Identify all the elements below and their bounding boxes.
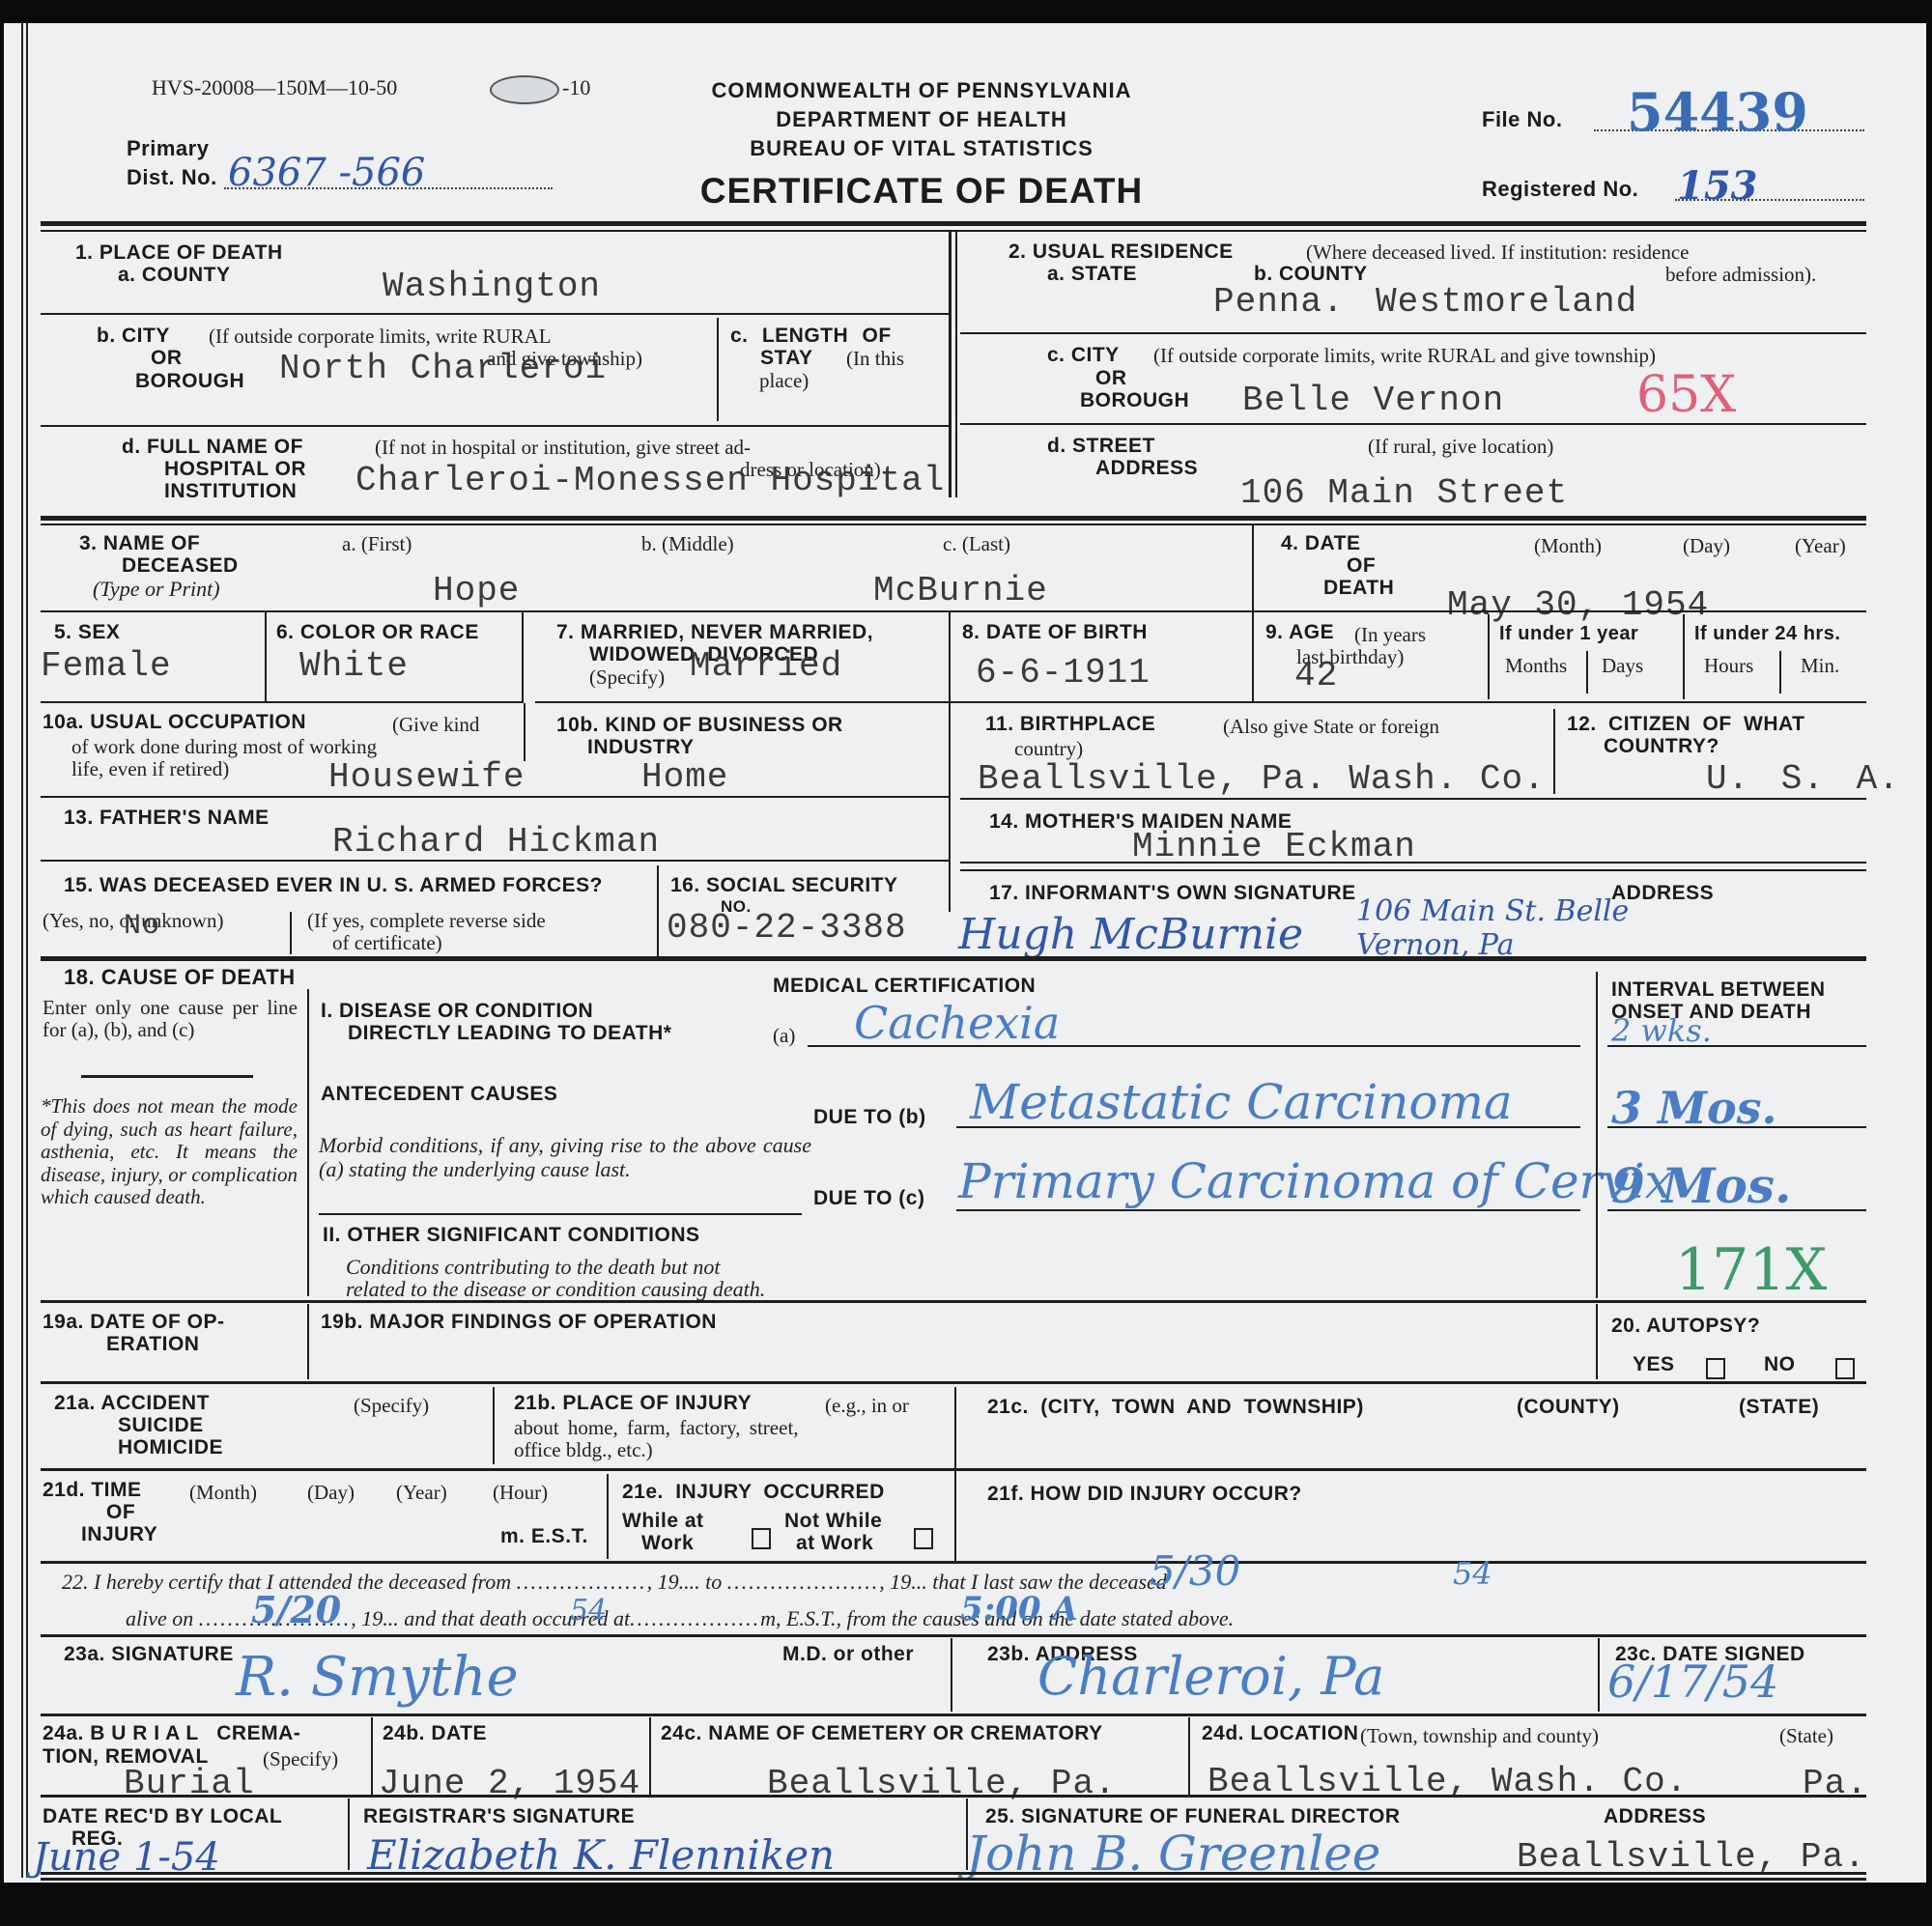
stay-note: (In this <box>846 348 904 370</box>
first-name-value: Hope <box>433 571 520 610</box>
city-label: b. CITY <box>97 326 170 348</box>
alive-on-value: 5/20 <box>251 1588 341 1631</box>
divider <box>41 221 1866 226</box>
file-no-value: 54439 <box>1627 81 1808 143</box>
age-label: 9. AGE <box>1265 622 1334 644</box>
days-label: Days <box>1602 655 1643 677</box>
age-value: 42 <box>1294 656 1338 695</box>
union-label-icon <box>490 75 559 104</box>
md-label: M.D. or other <box>782 1644 914 1666</box>
birthplace-note: (Also give State or foreign <box>1223 716 1439 738</box>
divider <box>371 1717 373 1795</box>
dod-label2: OF <box>1347 555 1376 578</box>
divider <box>960 332 1866 334</box>
due-b-label: DUE TO (b) <box>813 1107 926 1129</box>
divider <box>41 1878 1866 1881</box>
residence-note2: before admission). <box>1665 264 1816 286</box>
divider <box>41 1872 1866 1875</box>
injury-d-label3: INJURY <box>81 1524 157 1546</box>
certify-text-alive: alive on <box>126 1606 193 1630</box>
injury-c-county: (COUNTY) <box>1517 1397 1620 1419</box>
burial-label: 24a. B U R I A L CREMA- <box>43 1723 300 1745</box>
divider <box>949 612 951 912</box>
under-24-label: If under 24 hrs. <box>1694 624 1840 645</box>
dod-year-label: (Year) <box>1795 535 1846 557</box>
marital-label: 7. MARRIED, NEVER MARRIED, <box>556 622 873 644</box>
other-conditions-note: Conditions contributing to the death but… <box>346 1256 720 1280</box>
location-note: (Town, township and county) <box>1360 1725 1599 1747</box>
findings-label: 19b. MAJOR FINDINGS OF OPERATION <box>321 1312 717 1334</box>
county-label: a. COUNTY <box>118 265 231 287</box>
name-label: 3. NAME OF <box>79 533 200 555</box>
alive-on-year: 54 <box>570 1594 607 1628</box>
dod-label: 4. DATE <box>1281 533 1360 555</box>
injury-a-label3: HOMICIDE <box>118 1437 223 1459</box>
divider <box>41 1795 1866 1798</box>
hours-label: Hours <box>1704 655 1753 677</box>
divider <box>41 1714 1866 1716</box>
certify-text-d: , 19 <box>879 1570 911 1594</box>
stay-note2: place) <box>759 370 809 392</box>
res-county-value: Westmoreland <box>1376 282 1637 322</box>
divider <box>265 612 267 701</box>
place-of-death-label: 1. PLACE OF DEATH <box>75 242 283 265</box>
divider <box>951 1638 952 1712</box>
divider <box>41 860 949 862</box>
burial-state-label: (State) <box>1779 1725 1833 1747</box>
divider <box>41 230 1866 232</box>
operation-date-label: 19a. DATE OF OP- <box>43 1312 224 1334</box>
father-value: Richard Hickman <box>332 822 660 862</box>
divider <box>522 612 524 701</box>
divider <box>41 1634 1866 1637</box>
divider <box>41 1381 1866 1384</box>
race-label: 6. COLOR OR RACE <box>276 622 479 644</box>
interval-c-value: 9 Mos. <box>1611 1157 1791 1214</box>
divider <box>41 1300 1866 1303</box>
or-label: OR <box>151 348 183 370</box>
armed-forces-note2: (If yes, complete reverse side <box>307 910 546 932</box>
registered-no-label: Registered No. <box>1482 178 1638 201</box>
injury-a-label: 21a. ACCIDENT <box>54 1393 210 1415</box>
armed-forces-label: 15. WAS DECEASED EVER IN U. S. ARMED FOR… <box>64 875 603 897</box>
divider <box>1586 651 1588 694</box>
divider <box>81 1075 253 1078</box>
divider <box>1596 1304 1598 1379</box>
divider <box>1553 709 1555 794</box>
res-city-note: (If outside corporate limits, write RURA… <box>1153 345 1656 367</box>
name-label3: (Type or Print) <box>93 578 220 602</box>
dist-no-value: 6367 -566 <box>228 151 425 195</box>
marital-value: Married <box>690 646 842 686</box>
certify-text-c: to <box>705 1570 722 1594</box>
injury-d-day: (Day) <box>307 1482 355 1504</box>
disease-label: I. DISEASE OR CONDITION <box>321 1001 593 1023</box>
burial-date-label: 24b. DATE <box>383 1723 487 1745</box>
not-while-at-work-checkbox[interactable] <box>914 1528 933 1549</box>
last-name-value: McBurnie <box>873 571 1048 610</box>
certify-text-b: , 19 <box>647 1570 679 1594</box>
divider <box>1598 1638 1600 1712</box>
birthplace-label: 11. BIRTHPLACE <box>985 714 1155 736</box>
medical-cert-label: MEDICAL CERTIFICATION <box>773 976 1036 998</box>
cause-instruction: Enter only one cause per line for (a), (… <box>43 997 298 1040</box>
registrar-sig-label: REGISTRAR'S SIGNATURE <box>363 1806 635 1828</box>
street-value: 106 Main Street <box>1240 473 1568 513</box>
burial-specify: (Specify) <box>263 1748 338 1770</box>
registered-no-value: 153 <box>1677 163 1758 209</box>
cause-a-label: (a) <box>773 1025 795 1047</box>
divider <box>1683 614 1685 699</box>
interval-label: INTERVAL BETWEEN <box>1611 979 1826 1002</box>
injury-d-month: (Month) <box>189 1482 257 1504</box>
res-borough-label: BOROUGH <box>1080 390 1189 412</box>
cause-b-value: Metastatic Carcinoma <box>970 1074 1513 1130</box>
injury-e-not-while: Not While <box>784 1511 882 1533</box>
marital-specify: (Specify) <box>589 666 665 689</box>
funeral-address-value: Beallsville, Pa. <box>1517 1837 1866 1877</box>
ss-value: 080-22-3388 <box>667 908 907 948</box>
green-code-mark: 171X <box>1675 1236 1827 1304</box>
divider <box>1779 651 1781 694</box>
res-city-label: c. CITY <box>1047 345 1120 367</box>
injury-c-label: 21c. (CITY, TOWN AND TOWNSHIP) <box>987 1397 1364 1419</box>
mother-value: Minnie Eckman <box>1132 827 1416 866</box>
injury-f-label: 21f. HOW DID INJURY OCCUR? <box>987 1484 1302 1506</box>
disease-label2: DIRECTLY LEADING TO DEATH* <box>348 1023 671 1045</box>
injury-a-specify: (Specify) <box>354 1395 429 1417</box>
death-county-value: Washington <box>383 267 601 306</box>
injury-d-year: (Year) <box>396 1482 447 1504</box>
injury-b-note3: office bldg., etc.) <box>514 1439 653 1461</box>
autopsy-no-label: NO <box>1764 1354 1796 1376</box>
injury-b-note2: about home, farm, factory, street, <box>514 1417 799 1439</box>
occupation-note3: life, even if retired) <box>71 758 229 780</box>
divider <box>41 516 1866 521</box>
injury-e-label: 21e. INJURY OCCURRED <box>622 1482 885 1504</box>
date-signed-value: 6/17/54 <box>1607 1656 1778 1708</box>
informant-address-value: 106 Main St. Belle Vernon, Pa <box>1356 894 1723 962</box>
res-or-label: OR <box>1095 368 1127 390</box>
citizen-label2: COUNTRY? <box>1604 736 1719 758</box>
father-label: 13. FATHER'S NAME <box>64 807 270 830</box>
divider <box>649 1717 651 1795</box>
injury-e-at-work: at Work <box>796 1533 873 1555</box>
citizen-label: 12. CITIZEN OF WHAT <box>1567 714 1804 736</box>
divider <box>524 703 526 761</box>
armed-forces-value: No <box>124 910 160 943</box>
dist-no-label: Dist. No. <box>127 166 217 189</box>
primary-label: Primary <box>127 137 209 160</box>
cause-c-value: Primary Carcinoma of Cervix <box>958 1153 1672 1209</box>
divider <box>348 1799 350 1870</box>
name-label2: DECEASED <box>122 555 239 578</box>
city-note: (If outside corporate limits, write RURA… <box>209 326 552 348</box>
business-label: 10b. KIND OF BUSINESS OR <box>556 715 843 737</box>
interval-a-value: 2 wks. <box>1611 1012 1712 1049</box>
injury-d-label2: OF <box>106 1502 135 1524</box>
autopsy-yes-checkbox[interactable] <box>1706 1358 1725 1379</box>
divider <box>1252 612 1254 701</box>
divider <box>960 423 1866 425</box>
armed-forces-note3: of certificate) <box>332 932 442 954</box>
res-city-value: Belle Vernon <box>1242 381 1504 420</box>
residence-note: (Where deceased lived. If institution: r… <box>1306 241 1690 264</box>
death-city-value: North Charleroi <box>279 349 607 388</box>
divider <box>290 912 292 954</box>
autopsy-no-checkbox[interactable] <box>1835 1358 1855 1379</box>
stay-label: c. LENGTH OF <box>730 326 892 348</box>
dod-label3: DEATH <box>1323 578 1394 600</box>
while-at-work-checkbox[interactable] <box>752 1528 771 1549</box>
stay-label2: STAY <box>760 348 813 370</box>
cause-a-value: Cachexia <box>854 997 1060 1049</box>
sex-label: 5. SEX <box>54 622 120 644</box>
attended-to-value: 5/30 <box>1150 1547 1240 1595</box>
business-label2: INDUSTRY <box>587 737 695 759</box>
institution-label: d. FULL NAME OF <box>122 437 303 459</box>
cause-footnote: *This does not mean the mode of dying, s… <box>41 1095 298 1209</box>
agency-line3: BUREAU OF VITAL STATISTICS <box>622 136 1221 161</box>
injury-a-label2: SUICIDE <box>118 1415 204 1437</box>
other-conditions-label: II. OTHER SIGNIFICANT CONDITIONS <box>323 1225 700 1247</box>
divider <box>1488 614 1490 699</box>
divider <box>41 425 949 427</box>
file-no-label: File No. <box>1482 108 1562 131</box>
dod-day-label: (Day) <box>1683 535 1730 557</box>
divider <box>41 796 949 798</box>
birth-date-value: 6-6-1911 <box>976 653 1151 693</box>
street-note: (If rural, give location) <box>1368 436 1553 458</box>
divider <box>307 989 309 1296</box>
physician-signature: R. Smythe <box>236 1646 519 1709</box>
informant-label: 17. INFORMANT'S OWN SIGNATURE <box>989 883 1356 905</box>
divider <box>307 1304 309 1379</box>
race-value: White <box>299 646 409 686</box>
agency-line1: COMMONWEALTH OF PENNSYLVANIA <box>622 78 1221 103</box>
cemetery-label: 24c. NAME OF CEMETERY OR CREMATORY <box>661 1723 1103 1745</box>
res-state-value: Penna. <box>1213 282 1345 322</box>
divider <box>954 1387 956 1563</box>
divider <box>657 865 659 956</box>
injury-e-work: Work <box>641 1533 694 1555</box>
divider <box>41 1561 1866 1564</box>
death-certificate: HVS-20008—150M—10-50 -10 COMMONWEALTH OF… <box>4 23 1926 1883</box>
birthplace-value: Beallsville, Pa. Wash. Co. <box>978 759 1546 799</box>
due-c-label: DUE TO (c) <box>813 1188 924 1210</box>
operation-date-label2: ERATION <box>106 1334 199 1356</box>
left-border <box>21 23 28 1878</box>
certify-text-alive-year: , 19 <box>351 1606 383 1630</box>
occupation-value: Housewife <box>328 757 525 797</box>
months-label: Months <box>1505 655 1567 677</box>
under-year-label: If under 1 year <box>1499 624 1638 645</box>
divider <box>41 701 524 703</box>
birthplace-note2: country) <box>1014 738 1083 760</box>
res-state-label: a. STATE <box>1047 264 1137 286</box>
divider <box>41 524 1866 525</box>
cause-label: 18. CAUSE OF DEATH <box>64 966 296 989</box>
divider <box>41 956 1866 961</box>
age-note: (In years <box>1354 624 1426 646</box>
signature-label: 23a. SIGNATURE <box>64 1644 234 1666</box>
other-conditions-note2: related to the disease or condition caus… <box>346 1278 765 1302</box>
business-value: Home <box>641 757 728 797</box>
institution-note: (If not in hospital or institution, give… <box>375 437 751 459</box>
injury-d-hour: (Hour) <box>493 1482 548 1504</box>
occupation-label: 10a. USUAL OCCUPATION <box>43 712 306 734</box>
informant-signature: Hugh McBurnie <box>958 910 1303 959</box>
funeral-address-label: ADDRESS <box>1604 1806 1706 1828</box>
injury-b-note: (e.g., in or <box>825 1395 909 1417</box>
street-label: d. STREET <box>1047 436 1155 458</box>
citizen-value: U. S. A. <box>1706 759 1900 799</box>
divider <box>41 610 1866 612</box>
divider <box>956 1209 1580 1211</box>
last-label: c. (Last) <box>943 533 1010 555</box>
injury-d-label: 21d. TIME <box>43 1480 142 1502</box>
sex-value: Female <box>41 646 172 686</box>
divider <box>955 232 957 497</box>
injury-d-est: m. E.S.T. <box>500 1526 588 1548</box>
divider <box>535 701 1866 703</box>
sig-address-value: Charleroi, Pa <box>1037 1646 1384 1707</box>
divider <box>949 232 952 497</box>
min-label: Min. <box>1801 655 1839 677</box>
autopsy-label: 20. AUTOPSY? <box>1611 1316 1760 1338</box>
autopsy-yes-label: YES <box>1633 1354 1675 1376</box>
ss-label: 16. SOCIAL SECURITY <box>670 875 898 897</box>
agency-line2: DEPARTMENT OF HEALTH <box>622 107 1221 132</box>
page-title: CERTIFICATE OF DEATH <box>603 171 1240 212</box>
divider <box>1188 1717 1190 1795</box>
location-label: 24d. LOCATION <box>1202 1723 1358 1745</box>
occupation-note: (Give kind <box>392 714 479 736</box>
dod-month-label: (Month) <box>1534 535 1602 557</box>
middle-label: b. (Middle) <box>641 533 734 555</box>
divider <box>493 1387 495 1464</box>
divider <box>960 798 1866 800</box>
hospital-label: HOSPITAL OR <box>164 459 306 481</box>
first-label: a. (First) <box>342 533 412 555</box>
death-time-value: 5:00 A <box>960 1590 1078 1629</box>
red-code-mark: 65X <box>1636 366 1736 424</box>
divider <box>960 862 1866 864</box>
morbid-note: Morbid conditions, if any, giving rise t… <box>319 1134 811 1181</box>
borough-label: BOROUGH <box>135 371 244 393</box>
injury-b-label: 21b. PLACE OF INJURY <box>514 1393 752 1415</box>
injury-e-while: While at <box>622 1511 704 1533</box>
divider <box>717 318 719 421</box>
institution-label2: INSTITUTION <box>164 481 297 503</box>
date-received-label: DATE REC'D BY LOCAL <box>43 1806 282 1828</box>
divider <box>41 313 949 315</box>
address-label: ADDRESS <box>1095 458 1198 480</box>
divider <box>607 1474 609 1559</box>
attended-to-year: 54 <box>1453 1555 1492 1592</box>
interval-b-value: 3 Mos. <box>1611 1082 1777 1134</box>
institution-value: Charleroi-Monessen Hospital <box>355 461 945 500</box>
divider <box>1596 972 1598 1298</box>
divider <box>960 869 1866 871</box>
occupation-note2: of work done during most of working <box>71 736 377 758</box>
residence-label: 2. USUAL RESIDENCE <box>1009 241 1234 264</box>
form-code: HVS-20008—150M—10-50 <box>152 76 397 99</box>
birth-date-label: 8. DATE OF BIRTH <box>962 622 1148 644</box>
divider <box>1252 525 1254 610</box>
divider <box>319 1213 802 1215</box>
divider <box>41 1468 1866 1471</box>
dod-value: May 30, 1954 <box>1447 585 1709 625</box>
injury-c-state: (STATE) <box>1739 1397 1819 1419</box>
antecedent-label: ANTECEDENT CAUSES <box>321 1084 557 1106</box>
union-label-suffix: -10 <box>562 76 590 99</box>
